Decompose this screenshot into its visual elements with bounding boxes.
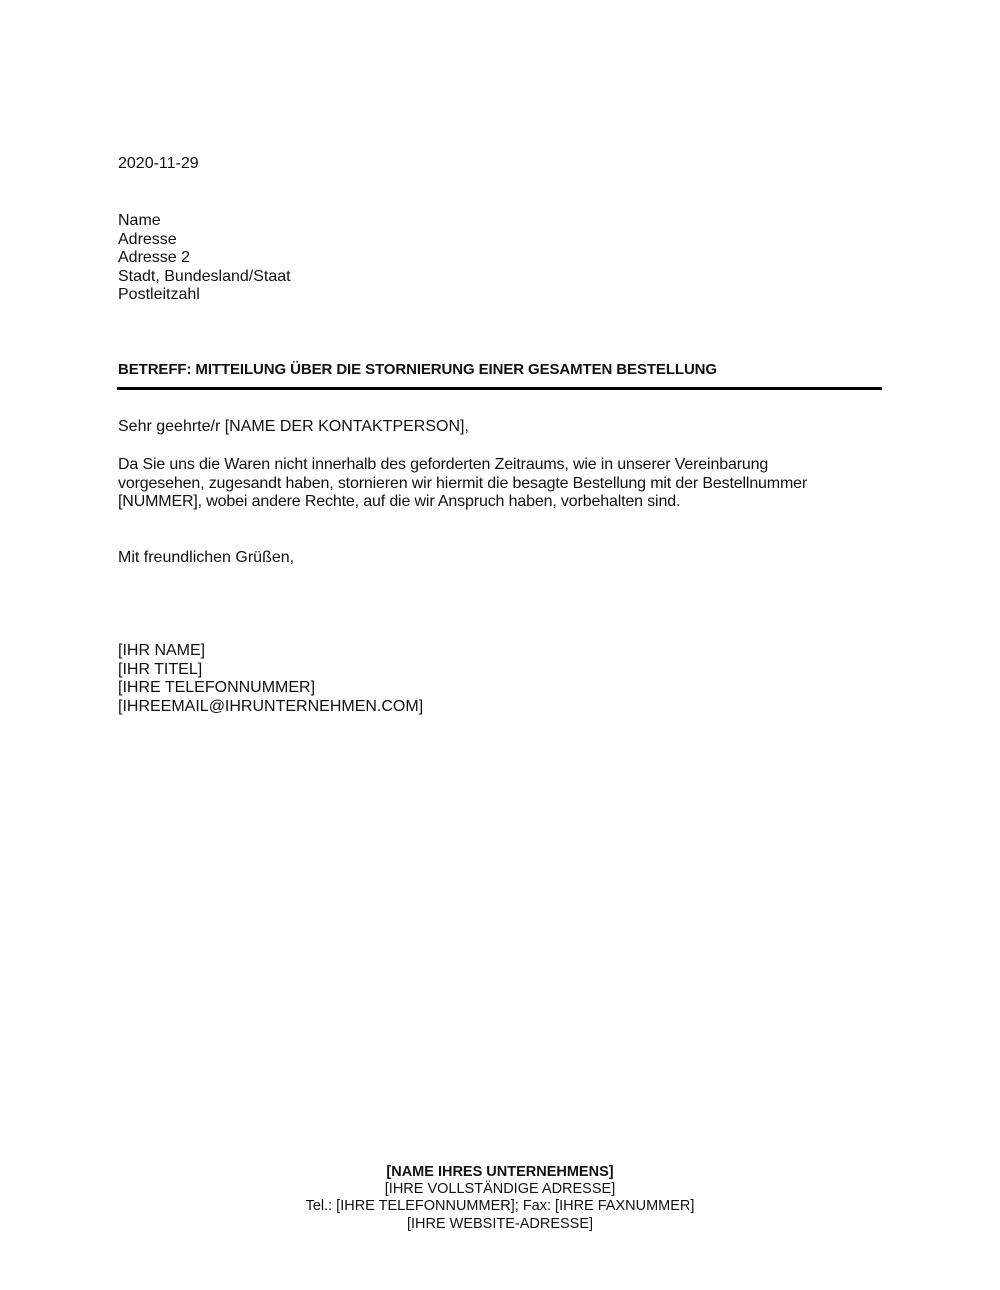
sender-title: [IHR TITEL] [118, 661, 423, 680]
recipient-address-line-2: Adresse 2 [118, 249, 291, 268]
letter-page: 2020-11-29 Name Adresse Adresse 2 Stadt,… [0, 0, 1000, 1290]
body-line: vorgesehen, zugesandt haben, stornieren … [118, 475, 888, 494]
recipient-postal-code: Postleitzahl [118, 286, 291, 305]
sender-phone: [IHRE TELEFONNUMMER] [118, 679, 423, 698]
subject-line: BETREFF: MITTEILUNG ÜBER DIE STORNIERUNG… [118, 361, 717, 378]
footer-company-name: [NAME IHRES UNTERNEHMENS] [0, 1164, 1000, 1181]
body-line: Da Sie uns die Waren nicht innerhalb des… [118, 456, 888, 475]
recipient-name: Name [118, 212, 291, 231]
recipient-city-state: Stadt, Bundesland/Staat [118, 268, 291, 287]
footer-website: [IHRE WEBSITE-ADRESSE] [0, 1216, 1000, 1233]
sender-email: [IHREEMAIL@IHRUNTERNEHMEN.COM] [118, 698, 423, 717]
footer-address: [IHRE VOLLSTÄNDIGE ADRESSE] [0, 1181, 1000, 1198]
letter-date: 2020-11-29 [118, 155, 199, 174]
letter-body: Da Sie uns die Waren nicht innerhalb des… [118, 456, 888, 512]
closing: Mit freundlichen Grüßen, [118, 549, 294, 568]
footer-contact: Tel.: [IHRE TELEFONNUMMER]; Fax: [IHRE F… [0, 1198, 1000, 1215]
letterhead-footer: [NAME IHRES UNTERNEHMENS] [IHRE VOLLSTÄN… [0, 1164, 1000, 1233]
sender-name: [IHR NAME] [118, 642, 423, 661]
recipient-address-line-1: Adresse [118, 231, 291, 250]
signature-block: [IHR NAME] [IHR TITEL] [IHRE TELEFONNUMM… [118, 642, 423, 716]
salutation: Sehr geehrte/r [NAME DER KONTAKTPERSON], [118, 418, 469, 437]
subject-divider [117, 387, 882, 390]
body-line: [NUMMER], wobei andere Rechte, auf die w… [118, 493, 888, 512]
recipient-address: Name Adresse Adresse 2 Stadt, Bundesland… [118, 212, 291, 305]
